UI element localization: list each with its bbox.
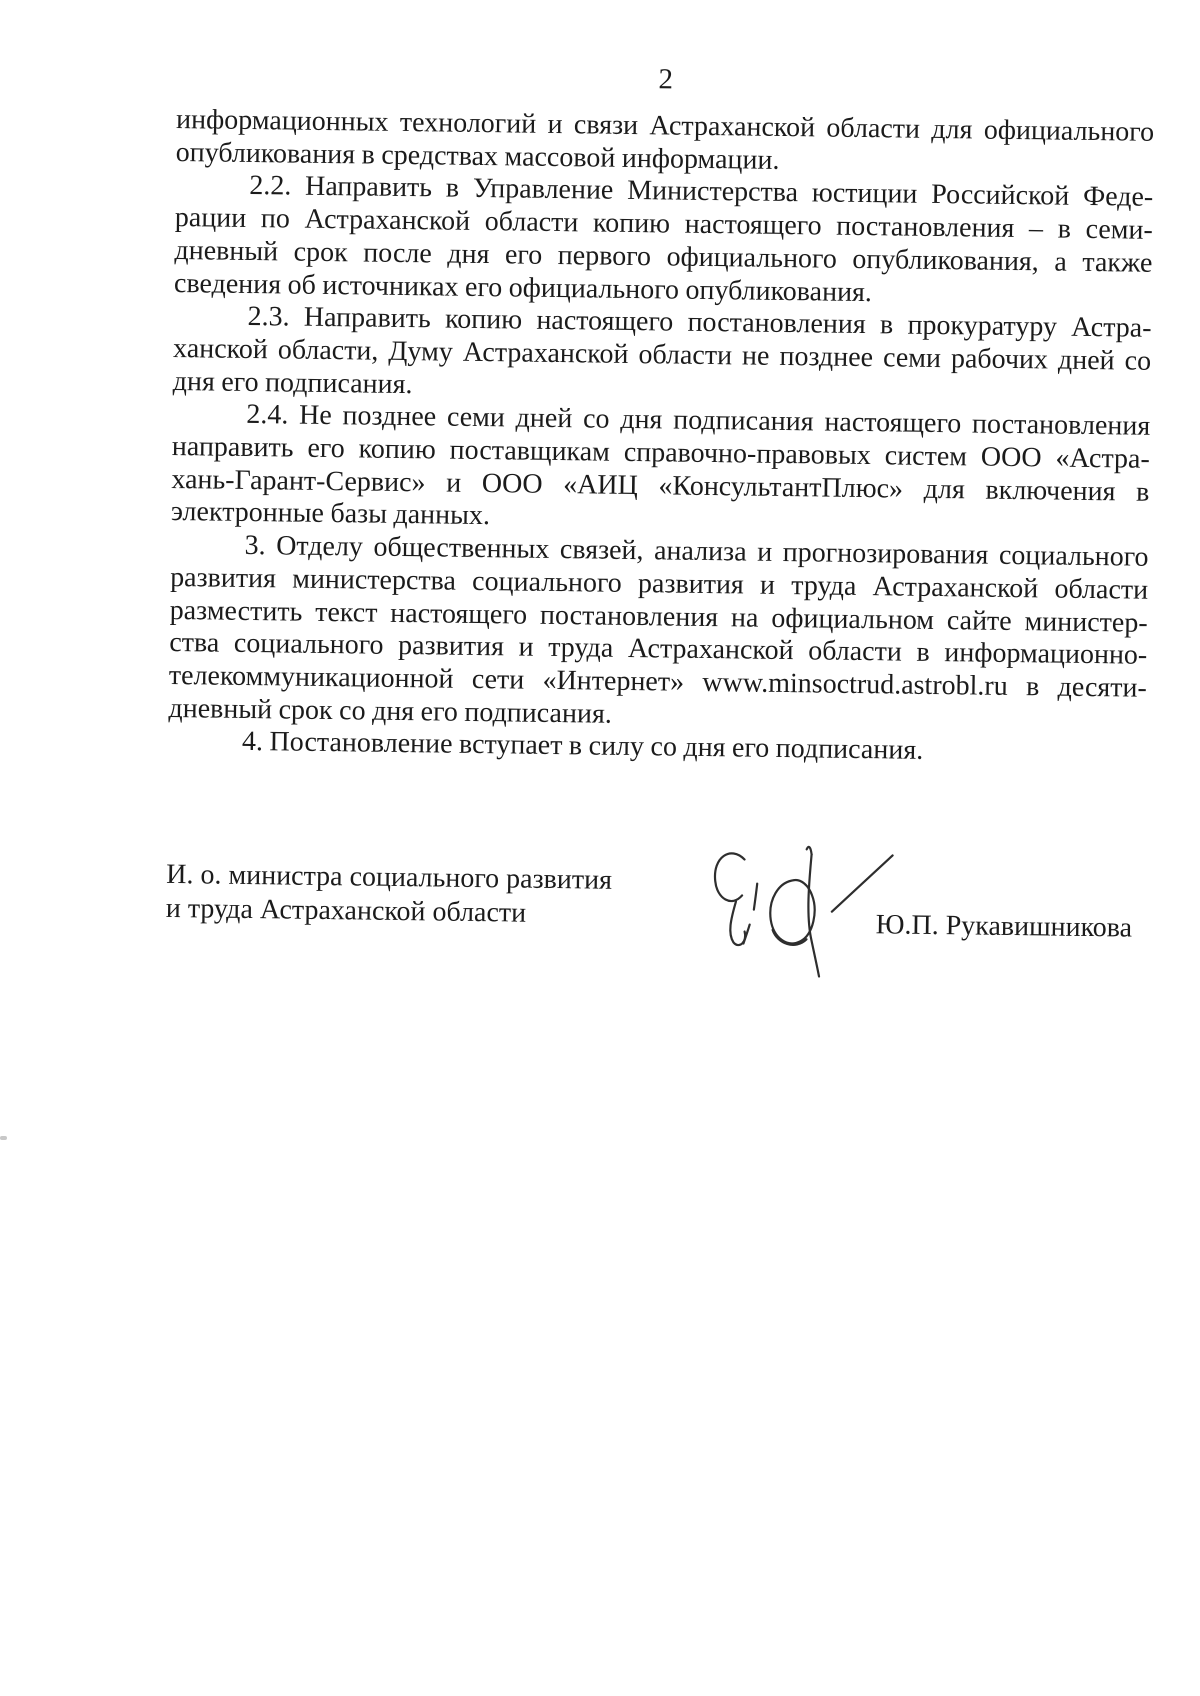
paragraph: 3. Отделу общественных связей, анализа и… (168, 529, 1148, 738)
page-number: 2 (177, 56, 1155, 103)
signature-stroke (754, 884, 757, 910)
signature-stroke (715, 853, 745, 901)
paragraph: 2.2. Направить в Управление Министерства… (174, 169, 1154, 313)
signatory-name: Ю.П. Рукавишникова (875, 909, 1132, 944)
signature-block: И. о. министра социального развитияи тру… (163, 858, 1145, 1151)
scan-artifact (0, 1136, 7, 1140)
signatory-position: И. о. министра социального развитияи тру… (166, 858, 747, 933)
text-line: и труда Астраханской области (166, 891, 746, 932)
document-page: 2 информационных технологий и связи Астр… (0, 0, 1200, 1696)
page-content: 2 информационных технологий и связи Астр… (163, 56, 1155, 1151)
signature-stroke (730, 901, 746, 945)
paragraph: 2.4. Не позднее семи дней со дня подписа… (171, 398, 1151, 542)
document-body: информационных технологий и связи Астрах… (168, 104, 1154, 771)
paragraph: 2.3. Направить копию настоящего постанов… (173, 300, 1152, 411)
signature-stroke (832, 855, 893, 913)
signature-stroke (807, 847, 812, 855)
